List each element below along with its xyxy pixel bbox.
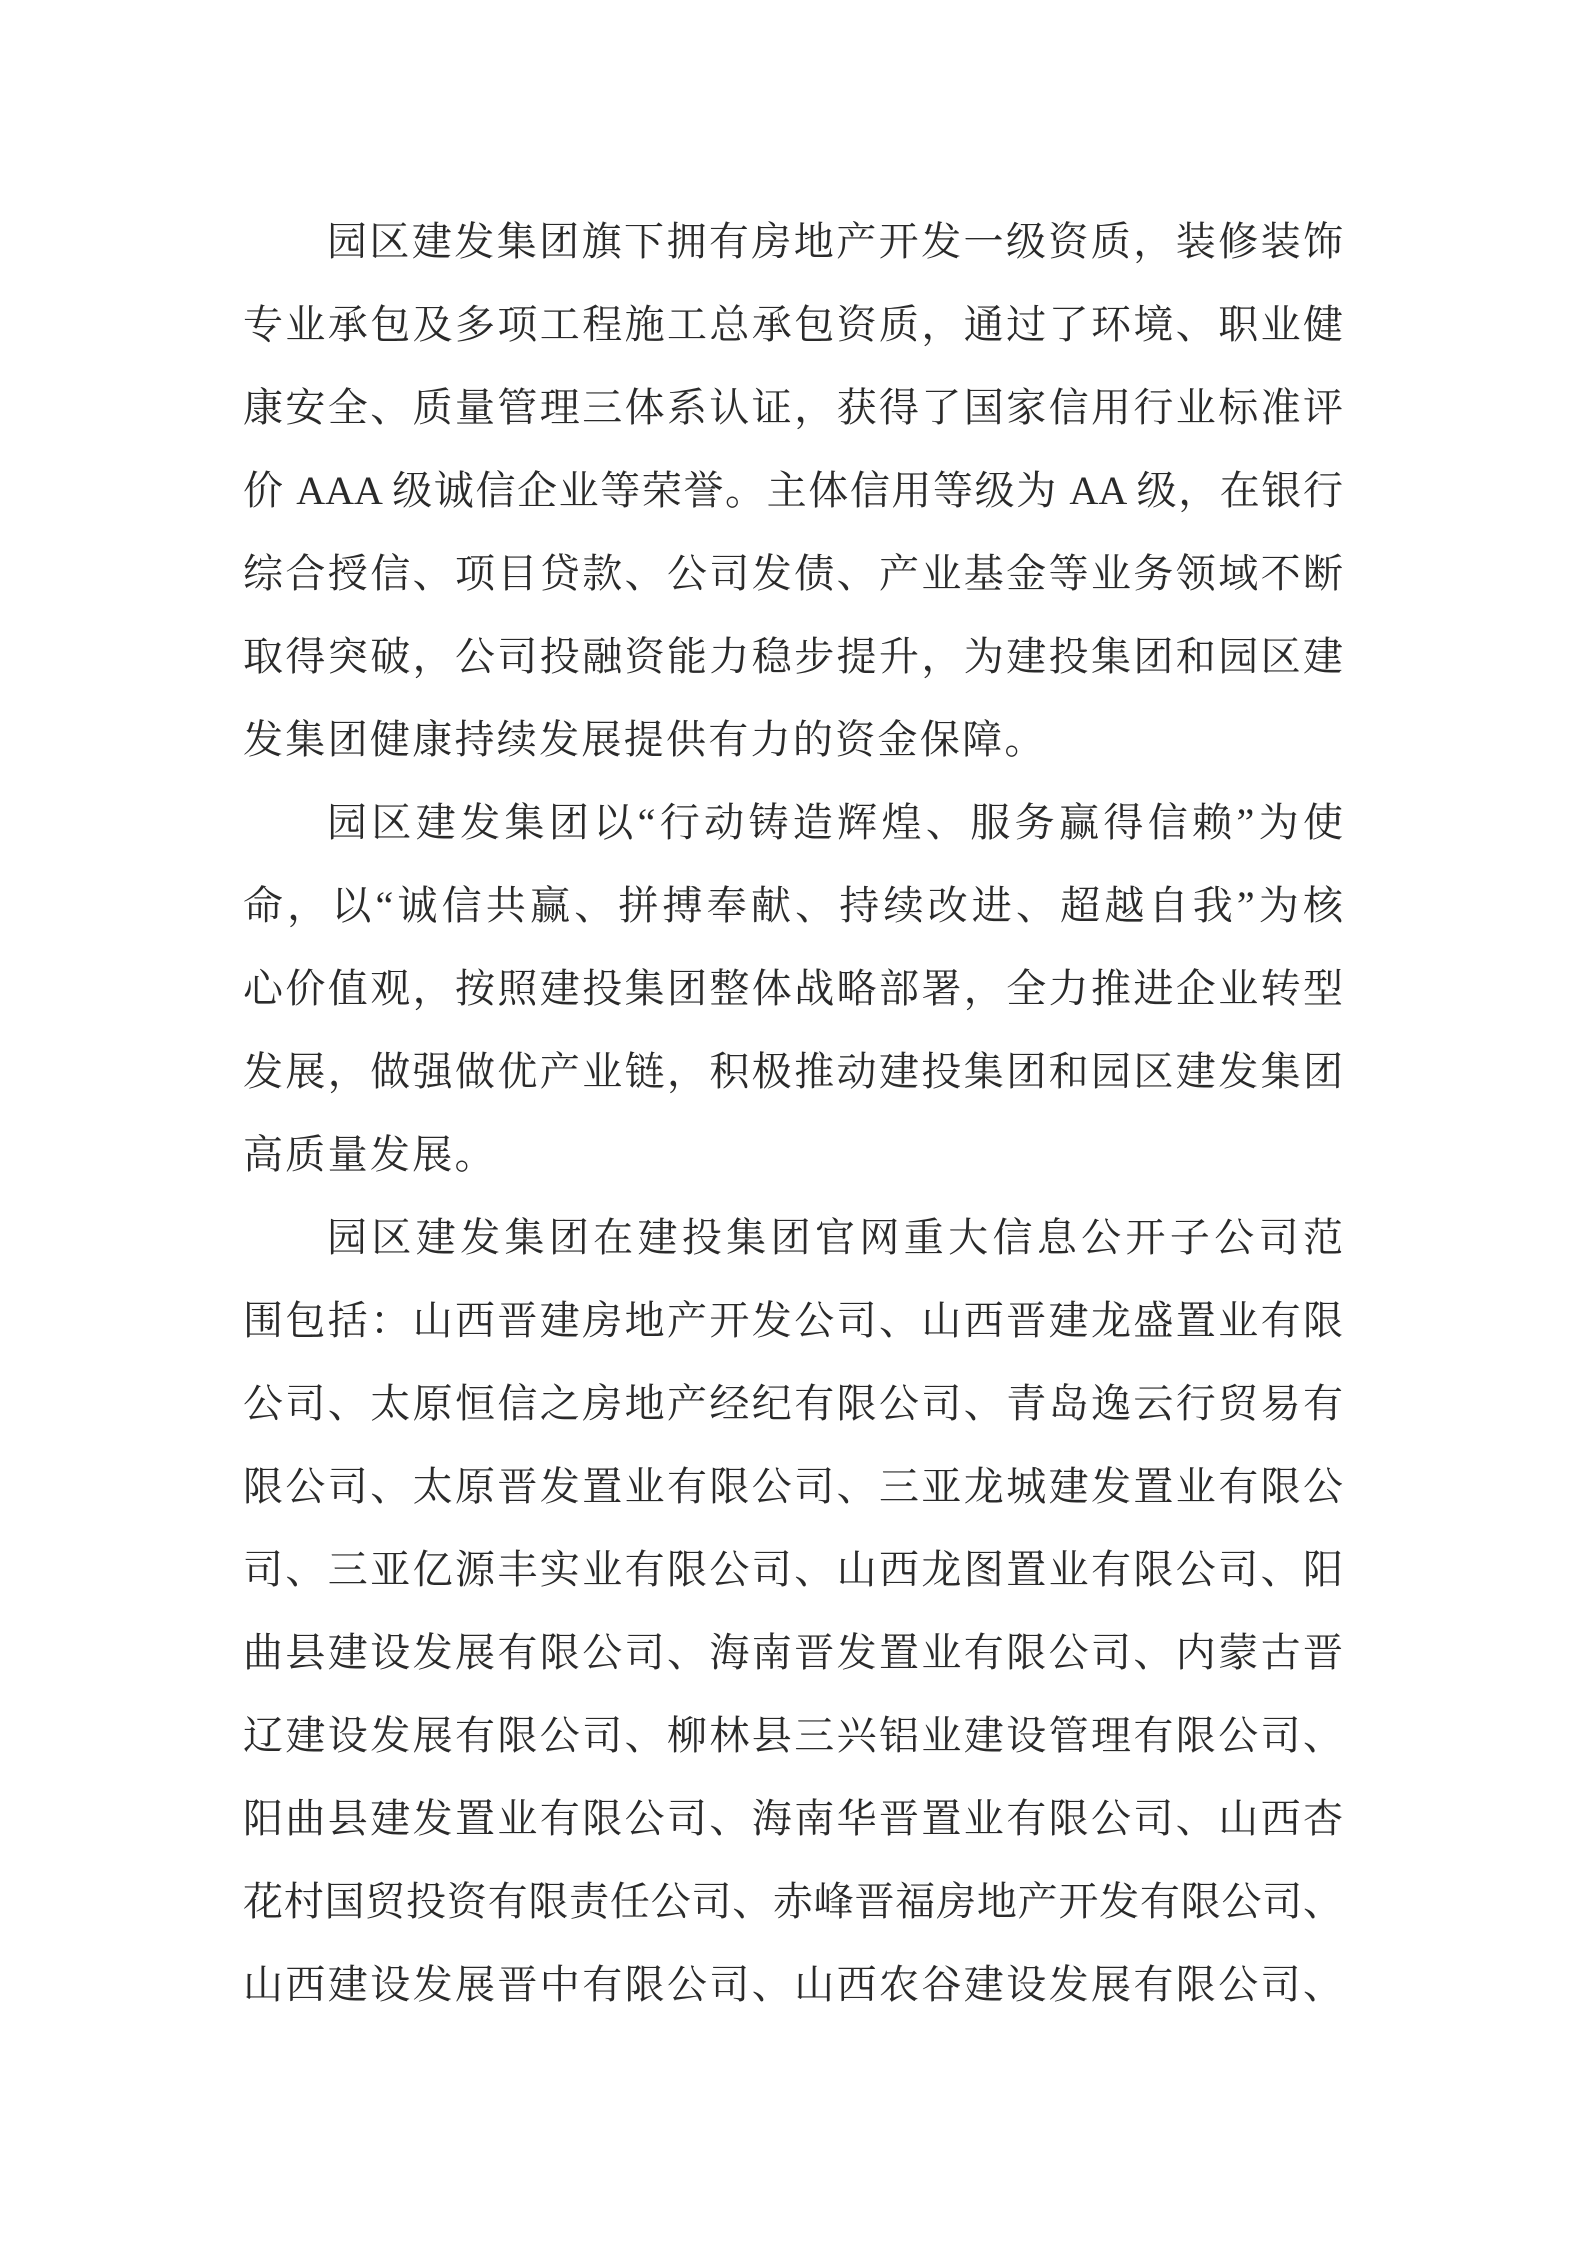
text-line: 高质量发展。 xyxy=(243,1113,1343,1196)
paragraph-2: 园区建发集团以“行动铸造辉煌、服务赢得信赖”为使 命，以“诚信共赢、拼搏奉献、持… xyxy=(243,781,1343,1196)
text-line: 命，以“诚信共赢、拼搏奉献、持续改进、超越自我”为核 xyxy=(243,864,1343,947)
text-line: 发集团健康持续发展提供有力的资金保障。 xyxy=(243,698,1343,781)
text-line: 取得突破，公司投融资能力稳步提升，为建投集团和园区建 xyxy=(243,615,1343,698)
text-line: 园区建发集团旗下拥有房地产开发一级资质，装修装饰 xyxy=(243,200,1343,283)
text-line: 园区建发集团在建投集团官网重大信息公开子公司范 xyxy=(243,1196,1343,1279)
text-line: 阳曲县建发置业有限公司、海南华晋置业有限公司、山西杏 xyxy=(243,1777,1343,1860)
paragraph-3: 园区建发集团在建投集团官网重大信息公开子公司范 围包括：山西晋建房地产开发公司、… xyxy=(243,1196,1343,2026)
text-line: 曲县建设发展有限公司、海南晋发置业有限公司、内蒙古晋 xyxy=(243,1611,1343,1694)
text-line: 花村国贸投资有限责任公司、赤峰晋福房地产开发有限公司、 xyxy=(243,1860,1343,1943)
text-line: 综合授信、项目贷款、公司发债、产业基金等业务领域不断 xyxy=(243,532,1343,615)
text-line: 价 AAA 级诚信企业等荣誉。主体信用等级为 AA 级，在银行 xyxy=(243,449,1343,532)
text-line: 限公司、太原晋发置业有限公司、三亚龙城建发置业有限公 xyxy=(243,1445,1343,1528)
document-page: 园区建发集团旗下拥有房地产开发一级资质，装修装饰 专业承包及多项工程施工总承包资… xyxy=(0,0,1587,2245)
text-line: 山西建设发展晋中有限公司、山西农谷建设发展有限公司、 xyxy=(243,1943,1343,2026)
document-body: 园区建发集团旗下拥有房地产开发一级资质，装修装饰 专业承包及多项工程施工总承包资… xyxy=(243,200,1343,2026)
text-line: 公司、太原恒信之房地产经纪有限公司、青岛逸云行贸易有 xyxy=(243,1362,1343,1445)
paragraph-1: 园区建发集团旗下拥有房地产开发一级资质，装修装饰 专业承包及多项工程施工总承包资… xyxy=(243,200,1343,781)
text-line: 康安全、质量管理三体系认证，获得了国家信用行业标准评 xyxy=(243,366,1343,449)
text-line: 专业承包及多项工程施工总承包资质，通过了环境、职业健 xyxy=(243,283,1343,366)
text-line: 心价值观，按照建投集团整体战略部署，全力推进企业转型 xyxy=(243,947,1343,1030)
text-line: 发展，做强做优产业链，积极推动建投集团和园区建发集团 xyxy=(243,1030,1343,1113)
text-line: 辽建设发展有限公司、柳林县三兴铝业建设管理有限公司、 xyxy=(243,1694,1343,1777)
text-line: 围包括：山西晋建房地产开发公司、山西晋建龙盛置业有限 xyxy=(243,1279,1343,1362)
text-line: 园区建发集团以“行动铸造辉煌、服务赢得信赖”为使 xyxy=(243,781,1343,864)
text-line: 司、三亚亿源丰实业有限公司、山西龙图置业有限公司、阳 xyxy=(243,1528,1343,1611)
